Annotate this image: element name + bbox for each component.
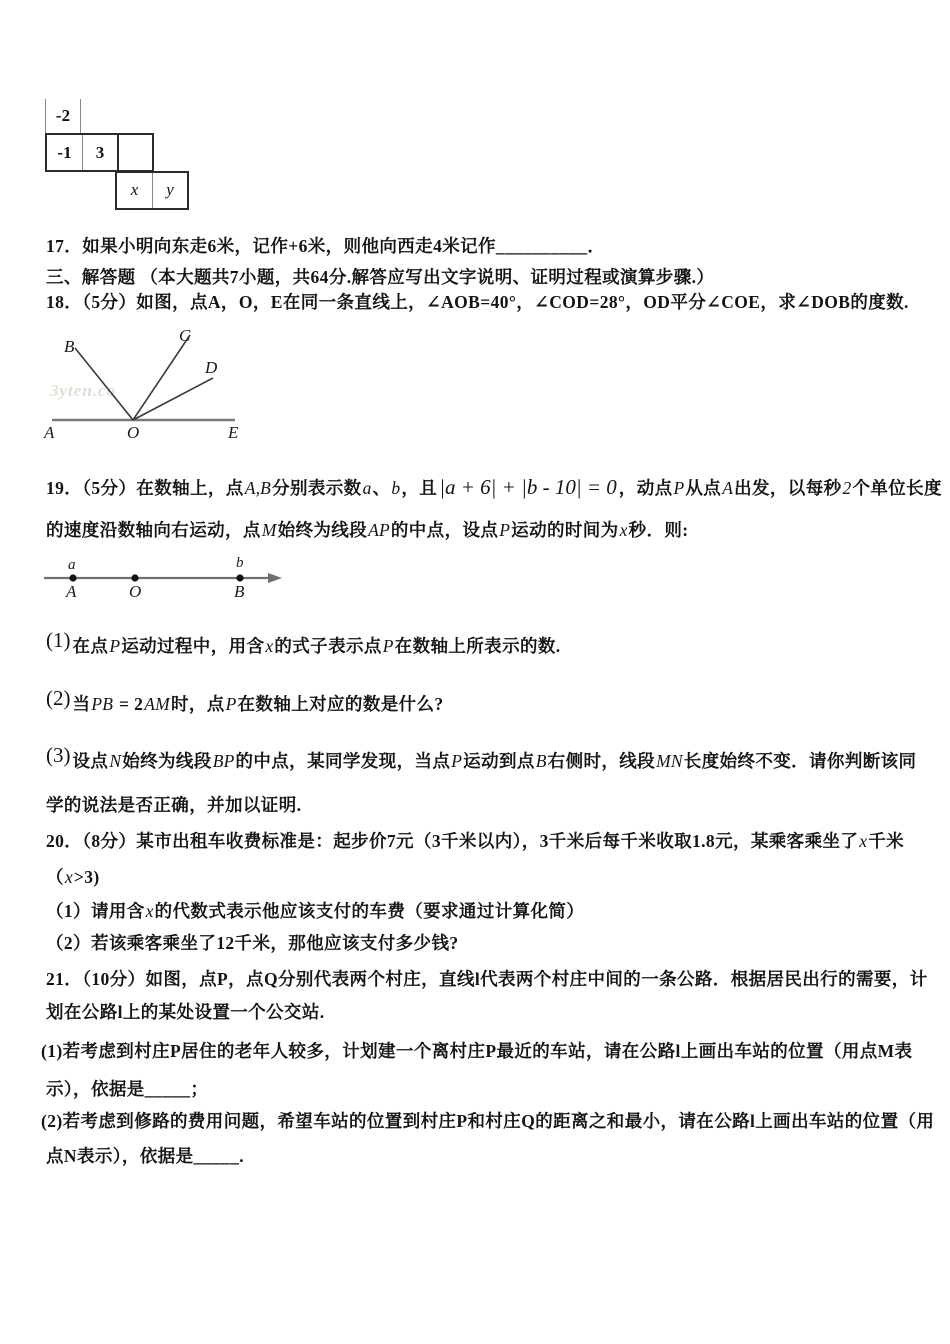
table-cell: -1 bbox=[47, 135, 82, 170]
question-19-item-2: (2)当PB = 2AM时，点P在数轴上对应的数是什么? bbox=[46, 685, 444, 717]
text-segment: 19．（5分）在数轴上，点 bbox=[46, 478, 244, 498]
text-segment: A,B bbox=[244, 478, 272, 498]
question-19-item-3-cont: 学的说法是否正确，并加以证明. bbox=[46, 792, 301, 818]
text-segment: BP bbox=[212, 751, 236, 771]
figure-angles-q18: B C D A O E bbox=[30, 320, 250, 442]
question-19-item-3: (3)设点N始终为线段BP的中点，某同学发现，当点P运动到点B右侧时，线段MN长… bbox=[46, 742, 916, 774]
table-row-3: x y bbox=[115, 171, 189, 210]
text-segment: MN bbox=[655, 751, 684, 771]
question-18: 18．（5分）如图，点A，O，E在同一条直线上，∠AOB=40°，∠COD=28… bbox=[46, 289, 909, 315]
text-segment: P bbox=[225, 694, 238, 714]
text-segment: 运动到点 bbox=[463, 751, 535, 771]
text-segment: = 2 bbox=[114, 694, 143, 714]
text-segment: 学的说法是否正确，并加以证明. bbox=[46, 795, 301, 815]
text-segment: 的速度沿数轴向右运动，点 bbox=[46, 520, 261, 540]
text-segment: 20．（8分）某市出租车收费标准是：起步价7元（3千米以内），3千米后每千米收取… bbox=[46, 831, 858, 851]
label-B: B bbox=[234, 582, 245, 601]
point-O-dot bbox=[131, 574, 138, 581]
question-19-item-1: (1)在点P运动过程中，用含x的式子表示点P在数轴上所表示的数. bbox=[46, 627, 561, 659]
question-17: 17．如果小明向东走6米，记作+6米，则他向西走4米记作__________． bbox=[46, 233, 605, 259]
table-cell: y bbox=[152, 173, 187, 208]
text-segment: AM bbox=[143, 694, 171, 714]
question-20-item-1: （1）请用含x的代数式表示他应该支付的车费（要求通过计算化简） bbox=[46, 898, 584, 924]
text-segment: 长度始终不变．请你判断该同 bbox=[684, 751, 917, 771]
text-segment: 始终为线段 bbox=[278, 520, 368, 540]
question-19-line1: 19．（5分）在数轴上，点A,B分别表示数a、b，且|a + 6| + |b -… bbox=[46, 474, 942, 501]
text-segment: 运动的时间为 bbox=[511, 520, 618, 540]
text-segment: (1)若考虑到村庄P居住的老年人较多，计划建一个离村庄P最近的车站，请在公路l上… bbox=[41, 1041, 912, 1061]
ray-OC bbox=[133, 335, 190, 420]
table-cell bbox=[117, 135, 152, 170]
text-segment: b bbox=[390, 478, 401, 498]
label-D: D bbox=[204, 358, 218, 377]
text-segment: 在点 bbox=[73, 636, 109, 656]
text-segment: A bbox=[721, 478, 734, 498]
question-21-item-1: (1)若考虑到村庄P居住的老年人较多，计划建一个离村庄P最近的车站，请在公路l上… bbox=[41, 1038, 912, 1064]
text-segment: 的式子表示点 bbox=[274, 636, 381, 656]
figure-number-line-q19: a b A O B bbox=[30, 552, 300, 602]
question-20-line2: （x>3) bbox=[46, 864, 100, 890]
text-segment: 千米 bbox=[868, 831, 904, 851]
question-21-line2: 划在公路l上的某处设置一个公交站. bbox=[46, 999, 325, 1025]
text-segment: 的代数式表示他应该支付的车费（要求通过计算化简） bbox=[155, 901, 585, 921]
question-19-line2: 的速度沿数轴向右运动，点M始终为线段AP的中点，设点P运动的时间为x秒．则: bbox=[46, 517, 688, 543]
point-B-dot bbox=[236, 574, 243, 581]
text-segment: （1）请用含 bbox=[46, 901, 145, 921]
text-segment: 从点 bbox=[685, 478, 721, 498]
text-segment: 18．（5分）如图，点A，O，E在同一条直线上，∠AOB=40°，∠COD=28… bbox=[46, 292, 909, 312]
text-segment: 出发，以每秒 bbox=[734, 478, 841, 498]
text-segment: 在数轴上对应的数是什么? bbox=[238, 694, 444, 714]
question-21-item-1-cont: 示），依据是_____； bbox=[46, 1076, 208, 1102]
ray-OB bbox=[75, 348, 133, 420]
label-O: O bbox=[129, 582, 141, 601]
text-segment: P bbox=[108, 636, 121, 656]
text-segment: (2) bbox=[46, 686, 71, 710]
text-segment: (1) bbox=[46, 628, 71, 652]
text-segment: 示），依据是_____； bbox=[46, 1079, 208, 1099]
text-segment: 2 bbox=[842, 478, 853, 498]
text-segment: P bbox=[673, 478, 686, 498]
text-segment: AP bbox=[367, 520, 391, 540]
text-segment: 时，点 bbox=[171, 694, 225, 714]
text-segment: N bbox=[108, 751, 122, 771]
label-C: C bbox=[179, 326, 191, 345]
text-segment: 运动过程中，用含 bbox=[121, 636, 264, 656]
text-segment: 的中点，某同学发现，当点 bbox=[235, 751, 450, 771]
text-segment: 当 bbox=[73, 694, 91, 714]
text-segment: x bbox=[145, 901, 155, 921]
text-segment: B bbox=[535, 751, 548, 771]
text-segment: 设点 bbox=[73, 751, 109, 771]
text-segment: x bbox=[619, 520, 629, 540]
table-cell: 3 bbox=[82, 135, 117, 170]
label-a: a bbox=[68, 557, 76, 573]
text-segment: 、 bbox=[373, 478, 391, 498]
table-cell: x bbox=[117, 173, 152, 208]
exam-page: -2 -1 3 x y 17．如果小明向东走6米，记作+6米，则他向西走4米记作… bbox=[0, 0, 950, 1344]
text-segment: P bbox=[450, 751, 463, 771]
arrow-right-icon bbox=[268, 573, 282, 583]
question-21-line1: 21．（10分）如图，点P，点Q分别代表两个村庄，直线l代表两个村庄中间的一条公… bbox=[46, 966, 928, 992]
label-E: E bbox=[227, 423, 239, 442]
label-A: A bbox=[43, 423, 55, 442]
text-segment: |a + 6| + |b - 10| = 0 bbox=[437, 475, 619, 499]
text-segment: 的中点，设点 bbox=[391, 520, 498, 540]
text-segment: PB bbox=[90, 694, 114, 714]
question-21-item-2: (2)若考虑到修路的费用问题，希望车站的位置到村庄P和村庄Q的距离之和最小，请在… bbox=[41, 1108, 934, 1134]
text-segment: a bbox=[362, 478, 373, 498]
text-segment: 划在公路l上的某处设置一个公交站. bbox=[46, 1002, 325, 1022]
text-segment: P bbox=[382, 636, 395, 656]
text-segment: （2）若该乘客乘坐了12千米，那他应该支付多少钱? bbox=[46, 933, 459, 953]
text-segment: M bbox=[261, 520, 278, 540]
text-segment: x bbox=[858, 831, 868, 851]
text-segment: 点N表示），依据是_____. bbox=[46, 1146, 244, 1166]
label-B: B bbox=[64, 337, 75, 356]
question-21-item-2-cont: 点N表示），依据是_____. bbox=[46, 1143, 244, 1169]
text-segment: （ bbox=[46, 867, 64, 887]
ray-OD bbox=[133, 378, 213, 420]
text-segment: x bbox=[64, 867, 74, 887]
label-b: b bbox=[236, 555, 244, 571]
text-segment: 右侧时，线段 bbox=[548, 751, 655, 771]
table-cell-neg2: -2 bbox=[45, 99, 81, 133]
label-A: A bbox=[65, 582, 77, 601]
text-segment: 在数轴上所表示的数. bbox=[395, 636, 561, 656]
point-A-dot bbox=[69, 574, 76, 581]
table-row-2: -1 3 bbox=[45, 133, 154, 172]
text-segment: 个单位长度 bbox=[852, 478, 942, 498]
text-segment: (2)若考虑到修路的费用问题，希望车站的位置到村庄P和村庄Q的距离之和最小，请在… bbox=[41, 1111, 934, 1131]
text-segment: (3) bbox=[46, 743, 71, 767]
text-segment: 17．如果小明向东走6米，记作+6米，则他向西走4米记作__________． bbox=[46, 236, 605, 256]
text-segment: >3) bbox=[74, 867, 100, 887]
section-3-header: 三、解答题 （本大题共7小题，共64分.解答应写出文字说明、证明过程或演算步骤.… bbox=[46, 264, 714, 290]
text-segment: P bbox=[498, 520, 511, 540]
text-segment: 秒．则: bbox=[629, 520, 689, 540]
question-20-line1: 20．（8分）某市出租车收费标准是：起步价7元（3千米以内），3千米后每千米收取… bbox=[46, 828, 904, 854]
text-segment: ，动点 bbox=[619, 478, 673, 498]
text-segment: 三、解答题 （本大题共7小题，共64分.解答应写出文字说明、证明过程或演算步骤.… bbox=[46, 267, 714, 287]
text-segment: 分别表示数 bbox=[272, 478, 362, 498]
text-segment: x bbox=[264, 636, 274, 656]
text-segment: 始终为线段 bbox=[122, 751, 212, 771]
text-segment: ，且 bbox=[401, 478, 437, 498]
text-segment: 21．（10分）如图，点P，点Q分别代表两个村庄，直线l代表两个村庄中间的一条公… bbox=[46, 969, 928, 989]
label-O: O bbox=[127, 423, 139, 442]
question-20-item-2: （2）若该乘客乘坐了12千米，那他应该支付多少钱? bbox=[46, 930, 459, 956]
